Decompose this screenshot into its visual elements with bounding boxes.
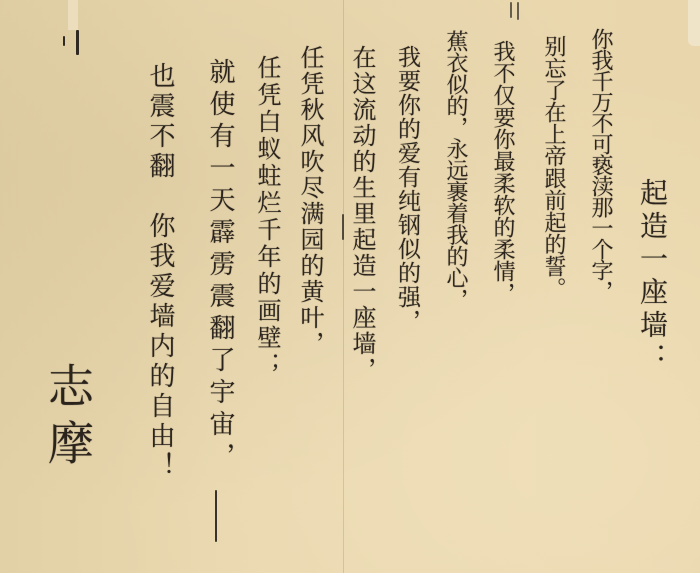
paper-crease <box>68 0 78 30</box>
poem-line-5: 我要你的爱有纯钢似的强， <box>395 45 418 333</box>
fold-line <box>343 0 344 573</box>
poem-line-3: 我不仅要你最柔软的柔情， <box>491 40 513 304</box>
signature: 志摩 <box>45 362 91 476</box>
poem-line-10: 也震不翻 你我爱墙内的自由！ <box>147 62 173 482</box>
ink-mark-fold <box>342 214 344 240</box>
poem-line-4: 蕉衣似的，永远裹着我的心， <box>444 30 466 310</box>
ink-mark-top-left-1 <box>63 36 65 46</box>
poem-line-8: 任凭白蚁蛀烂千年的画壁； <box>255 55 279 379</box>
poem-line-1: 你我千万不可亵渎那一个字， <box>589 28 611 301</box>
poem-line-9: 就使有一天霹雳震翻了宇宙， <box>207 58 233 474</box>
poem-line-2: 别忘了在上帝跟前起的誓。 <box>542 35 564 299</box>
ink-mark-top-center-2 <box>517 2 519 20</box>
poem-title: 起造一座墙： <box>638 178 666 376</box>
poem-line-7: 任凭秋风吹尽满园的黄叶， <box>298 45 322 357</box>
handwritten-letter-page: 起造一座墙： 你我千万不可亵渎那一个字， 别忘了在上帝跟前起的誓。 我不仅要你最… <box>0 0 700 573</box>
ink-mark-top-center-1 <box>510 2 512 18</box>
paper-edge <box>688 0 700 46</box>
poem-line-6: 在这流动的生里起造一座墙， <box>350 45 374 383</box>
poem-line-9-dash <box>215 490 217 542</box>
ink-mark-top-left-2 <box>76 30 79 55</box>
